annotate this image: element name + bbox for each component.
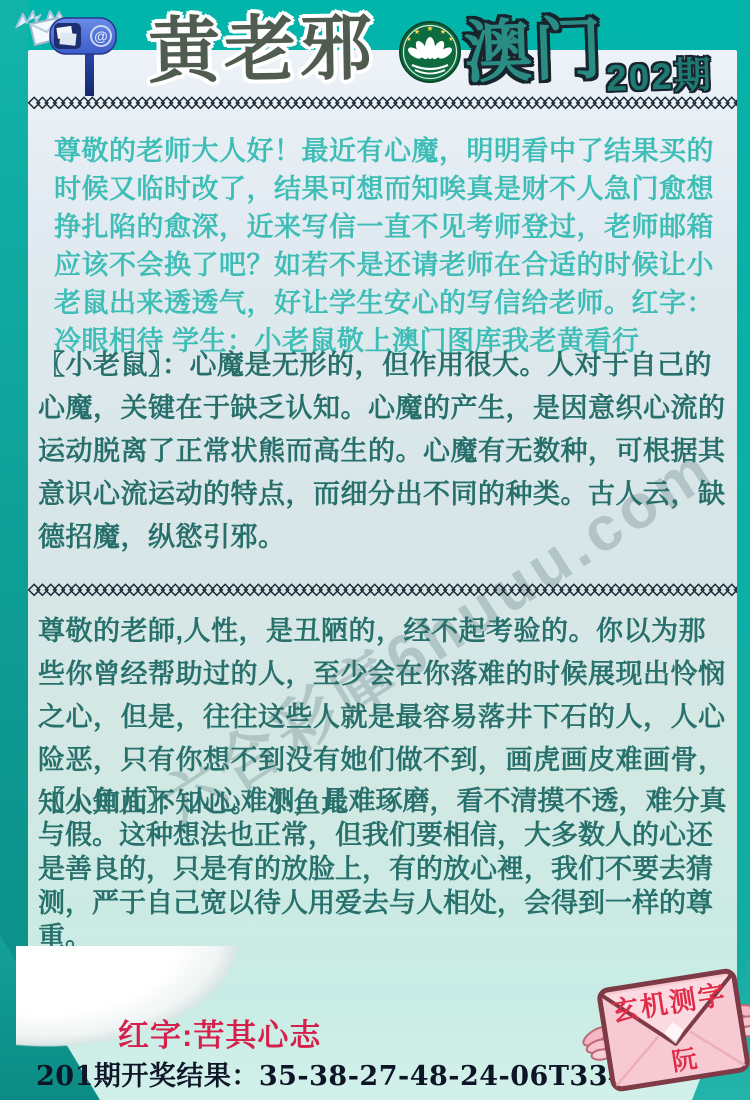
page-title: 黄老邪 (147, 0, 419, 102)
envelope-group: 玄机测字 阮 (578, 966, 750, 1094)
logo-star: ★ (448, 36, 453, 43)
letter-in-box-2 (59, 32, 76, 46)
right-teal-strip (737, 0, 750, 1100)
header: @ 黄老邪 ★ ★ ★ ★ ★ 澳门 202期 (0, 0, 750, 110)
mailbox-icon: @ (44, 10, 124, 110)
issue-badge: 202期 (605, 44, 714, 102)
logo-star: ★ (406, 36, 411, 43)
at-symbol: @ (94, 28, 108, 44)
footer-result-line: 201期开奖结果：35-38-27-48-24-06T33羊 (36, 1054, 636, 1093)
logo-star: ★ (414, 28, 420, 36)
logo-star: ★ (426, 24, 433, 33)
macau-lotus-logo-icon: ★ ★ ★ ★ ★ (398, 20, 462, 84)
envelope-seal: 阮 (670, 1045, 699, 1077)
divider-middle: ◇◇◇◇◇◇◇◇◇◇◇◇◇◇◇◇◇◇◇◇◇◇◇◇◇◇◇◇◇◇◇◇◇◇◇◇◇◇◇◇… (28, 581, 737, 601)
red-keyword-line: 红字:苦其心志 (118, 1010, 321, 1055)
mystery-envelope-icon: 玄机测字 阮 (578, 962, 750, 1100)
reply-paragraph-xiaoyuer: 〖小鱼儿〗：人心难测，最难琢磨，看不清摸不透，难分真与假。这种想法也正常，但我们… (38, 784, 738, 954)
left-teal-strip (0, 0, 28, 1100)
reply-paragraph-xiaolaoshu: 〖小老鼠〗：心魔是无形的，但作用很大。人对于自己的心魔，关键在于缺乏认知。心魔的… (38, 344, 732, 559)
logo-star: ★ (440, 28, 446, 36)
mailbox-post (85, 48, 94, 96)
letter-paragraph-1: 尊敬的老师大人好！最近有心魔，明明看中了结果买的时候又临时改了，结果可想而知唉真… (54, 132, 722, 360)
region-title: 澳门 (462, 0, 605, 104)
page: { "header": { "title": "黄老邪", "region": … (0, 0, 750, 1100)
